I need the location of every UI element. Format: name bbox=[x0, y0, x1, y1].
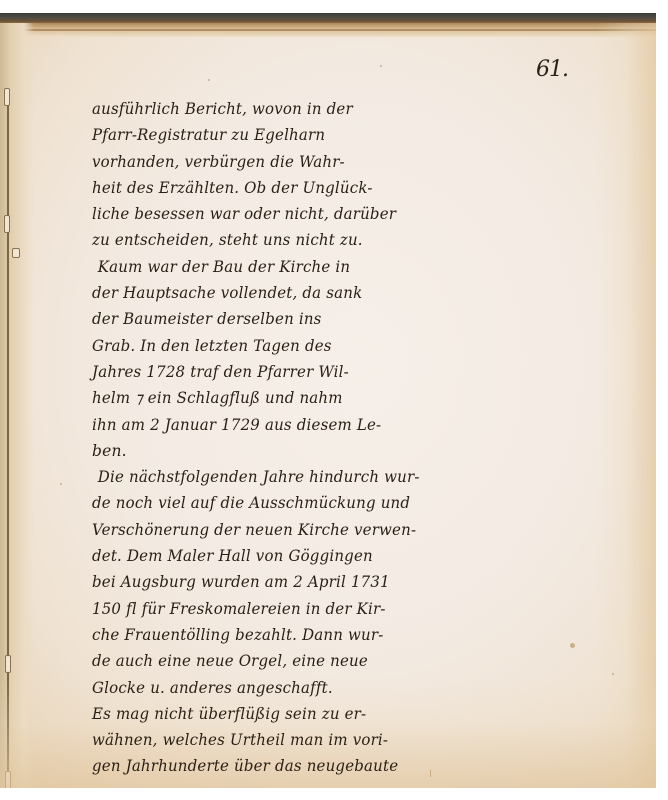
binding-stitch-icon bbox=[12, 248, 20, 258]
page-number: 61. bbox=[536, 57, 568, 82]
manuscript-page-scan: 61. ausführlich Bericht, wovon in der Pf… bbox=[0, 13, 656, 788]
paper-stain bbox=[60, 483, 62, 485]
text-line: zu entscheiden, steht uns nicht zu. bbox=[92, 227, 517, 253]
text-line: der Baumeister derselben ins bbox=[92, 306, 517, 332]
paper-stain bbox=[570, 643, 575, 648]
text-line: de auch eine neue Orgel, eine neue bbox=[92, 648, 517, 674]
binding-stitch-icon bbox=[4, 215, 10, 233]
text-line: Pfarr-Registratur zu Egelharn bbox=[92, 122, 517, 148]
text-line: der Hauptsache vollendet, da sank bbox=[92, 280, 517, 306]
text-line: de noch viel auf die Ausschmückung und bbox=[92, 490, 517, 516]
text-line: Verschönerung der neuen Kirche verwen- bbox=[92, 517, 517, 543]
text-line: Jahres 1728 traf den Pfarrer Wil- bbox=[92, 359, 517, 385]
text-line: ben. bbox=[92, 438, 532, 464]
binding-stitch-icon bbox=[5, 655, 11, 673]
text-line: Kaum war der Bau der Kirche in bbox=[92, 254, 517, 280]
text-line: helm ⁊ ein Schlagfluß und nahm bbox=[92, 385, 517, 411]
binding-stitch-icon bbox=[4, 88, 10, 106]
text-line: wähnen, welches Urtheil man im vori- bbox=[92, 727, 517, 753]
text-line: liche besessen war oder nicht, darüber bbox=[92, 201, 517, 227]
text-line: det. Dem Maler Hall von Göggingen bbox=[92, 543, 517, 569]
handwritten-text-block: ausführlich Bericht, wovon in der Pfarr-… bbox=[92, 96, 532, 780]
text-line: vorhanden, verbürgen die Wahr- bbox=[92, 149, 517, 175]
text-line: heit des Erzählten. Ob der Unglück- bbox=[92, 175, 517, 201]
binding-gutter bbox=[0, 23, 34, 788]
paper-stain bbox=[208, 79, 210, 81]
page-top-band bbox=[0, 23, 656, 37]
book-top-edge bbox=[0, 13, 656, 23]
text-line: Es mag nicht überflüßig sein zu er- bbox=[92, 701, 517, 727]
text-line: 150 fl für Freskomalereien in der Kir- bbox=[92, 596, 517, 622]
text-line: Grab. In den letzten Tagen des bbox=[92, 333, 517, 359]
paper-stain bbox=[612, 673, 614, 675]
text-line: ausführlich Bericht, wovon in der bbox=[92, 96, 517, 122]
paper-stain bbox=[380, 65, 382, 67]
text-line: Glocke u. anderes angeschafft. bbox=[92, 675, 517, 701]
text-line: bei Augsburg wurden am 2 April 1731 bbox=[92, 569, 517, 595]
text-line: ihn am 2 Januar 1729 aus diesem Le- bbox=[92, 412, 517, 438]
text-line: Die nächstfolgenden Jahre hindurch wur- bbox=[92, 464, 517, 490]
page-right-shade bbox=[596, 23, 656, 788]
text-line: che Frauentölling bezahlt. Dann wur- bbox=[92, 622, 517, 648]
text-line: gen Jahrhunderte über das neugebaute bbox=[92, 753, 517, 779]
